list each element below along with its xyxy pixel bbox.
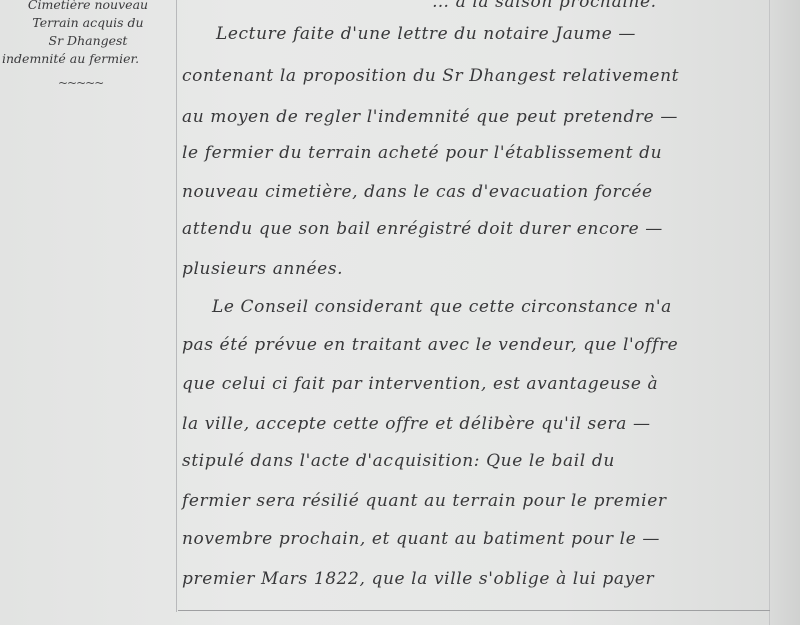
text-line: Le Conseil considerant que cette circons…	[212, 297, 672, 317]
text-line: attendu que son bail enrégistré doit dur…	[182, 219, 663, 239]
right-margin-rule	[769, 0, 770, 625]
text-line: nouveau cimetière, dans le cas d'evacuat…	[182, 182, 653, 202]
margin-note-line: Cimetière nouveau	[2, 0, 174, 14]
text-line: que celui ci fait par intervention, est …	[182, 374, 658, 394]
margin-annotation: Cimetière nouveau Terrain acquis du Sr D…	[2, 0, 174, 92]
margin-rule	[176, 0, 177, 612]
text-line: stipulé dans l'acte d'acquisition: Que l…	[182, 451, 615, 471]
text-line: plusieurs années.	[182, 259, 343, 279]
bottom-rule	[178, 610, 770, 611]
text-line: la ville, accepte cette offre et délibèr…	[182, 414, 651, 434]
margin-note-line: Sr Dhangest	[2, 32, 174, 50]
manuscript-page: Cimetière nouveau Terrain acquis du Sr D…	[0, 0, 800, 625]
text-line: au moyen de regler l'indemnité que peut …	[182, 107, 678, 127]
text-line: le fermier du terrain acheté pour l'étab…	[182, 143, 662, 163]
text-line: novembre prochain, et quant au batiment …	[182, 529, 660, 549]
margin-note-line: indemnité au fermier.	[2, 50, 174, 68]
text-line: premier Mars 1822, que la ville s'oblige…	[182, 569, 654, 589]
text-line: pas été prévue en traitant avec le vende…	[182, 335, 678, 355]
text-line: … à la saison prochaine.	[432, 0, 657, 12]
page-edge-shadow	[770, 0, 800, 625]
margin-note-line: Terrain acquis du	[2, 14, 174, 32]
text-line: contenant la proposition du Sr Dhangest …	[182, 66, 679, 86]
text-line: Lecture faite d'une lettre du notaire Ja…	[216, 24, 636, 44]
text-line: fermier sera résilié quant au terrain po…	[182, 491, 667, 511]
flourish-ornament: ~~~~~	[2, 74, 174, 92]
